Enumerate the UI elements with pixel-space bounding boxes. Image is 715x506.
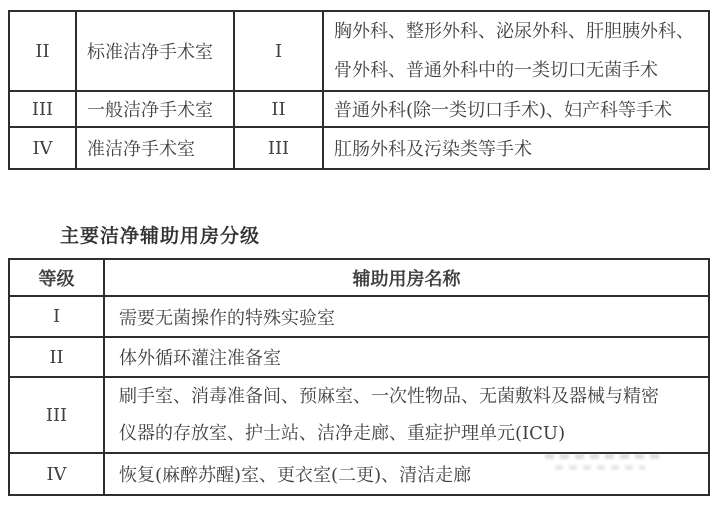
aux-name-cell: 体外循环灌注准备室 [104,337,709,377]
table-row: III 刷手室、消毒准备间、预麻室、一次性物品、无菌敷料及器械与精密 仪器的存放… [9,377,709,453]
or-level-cell: II [9,11,76,91]
surgery-grade-cell: I [234,11,323,91]
table-row: IV 恢复(麻醉苏醒)室、更衣室(二更)、清洁走廊 [9,453,709,495]
surgery-grade-cell: II [234,91,323,127]
auxiliary-room-classification-table: 等级 辅助用房名称 I 需要无菌操作的特殊实验室 II 体外循环灌注准备室 II… [8,258,710,496]
aux-name-cell: 需要无菌操作的特殊实验室 [104,296,709,337]
document-page: II 标准洁净手术室 I 胸外科、整形外科、泌尿外科、肝胆胰外科、 骨外科、普通… [0,0,715,506]
or-name-cell: 准洁净手术室 [76,127,234,169]
section-heading: 主要洁净辅助用房分级 [60,222,260,250]
table-row: II 标准洁净手术室 I 胸外科、整形外科、泌尿外科、肝胆胰外科、 骨外科、普通… [9,11,709,91]
surgery-desc-cell: 普通外科(除一类切口手术)、妇产科等手术 [323,91,709,127]
table-row: III 一般洁净手术室 II 普通外科(除一类切口手术)、妇产科等手术 [9,91,709,127]
or-name-cell: 一般洁净手术室 [76,91,234,127]
or-level-cell: III [9,91,76,127]
surgery-grade-cell: III [234,127,323,169]
aux-level-cell: I [9,296,104,337]
aux-level-cell: II [9,337,104,377]
aux-level-cell: IV [9,453,104,495]
aux-name-cell: 刷手室、消毒准备间、预麻室、一次性物品、无菌敷料及器械与精密 仪器的存放室、护士… [104,377,709,453]
aux-level-header: 等级 [9,259,104,296]
or-name-cell: 标准洁净手术室 [76,11,234,91]
surgery-desc-cell: 胸外科、整形外科、泌尿外科、肝胆胰外科、 骨外科、普通外科中的一类切口无菌手术 [323,11,709,91]
operating-room-classification-table: II 标准洁净手术室 I 胸外科、整形外科、泌尿外科、肝胆胰外科、 骨外科、普通… [8,10,710,170]
table-header-row: 等级 辅助用房名称 [9,259,709,296]
aux-name-header: 辅助用房名称 [104,259,709,296]
aux-level-cell: III [9,377,104,453]
or-level-cell: IV [9,127,76,169]
table-row: II 体外循环灌注准备室 [9,337,709,377]
aux-name-cell: 恢复(麻醉苏醒)室、更衣室(二更)、清洁走廊 [104,453,709,495]
surgery-desc-cell: 肛肠外科及污染类等手术 [323,127,709,169]
table-row: I 需要无菌操作的特殊实验室 [9,296,709,337]
table-row: IV 准洁净手术室 III 肛肠外科及污染类等手术 [9,127,709,169]
